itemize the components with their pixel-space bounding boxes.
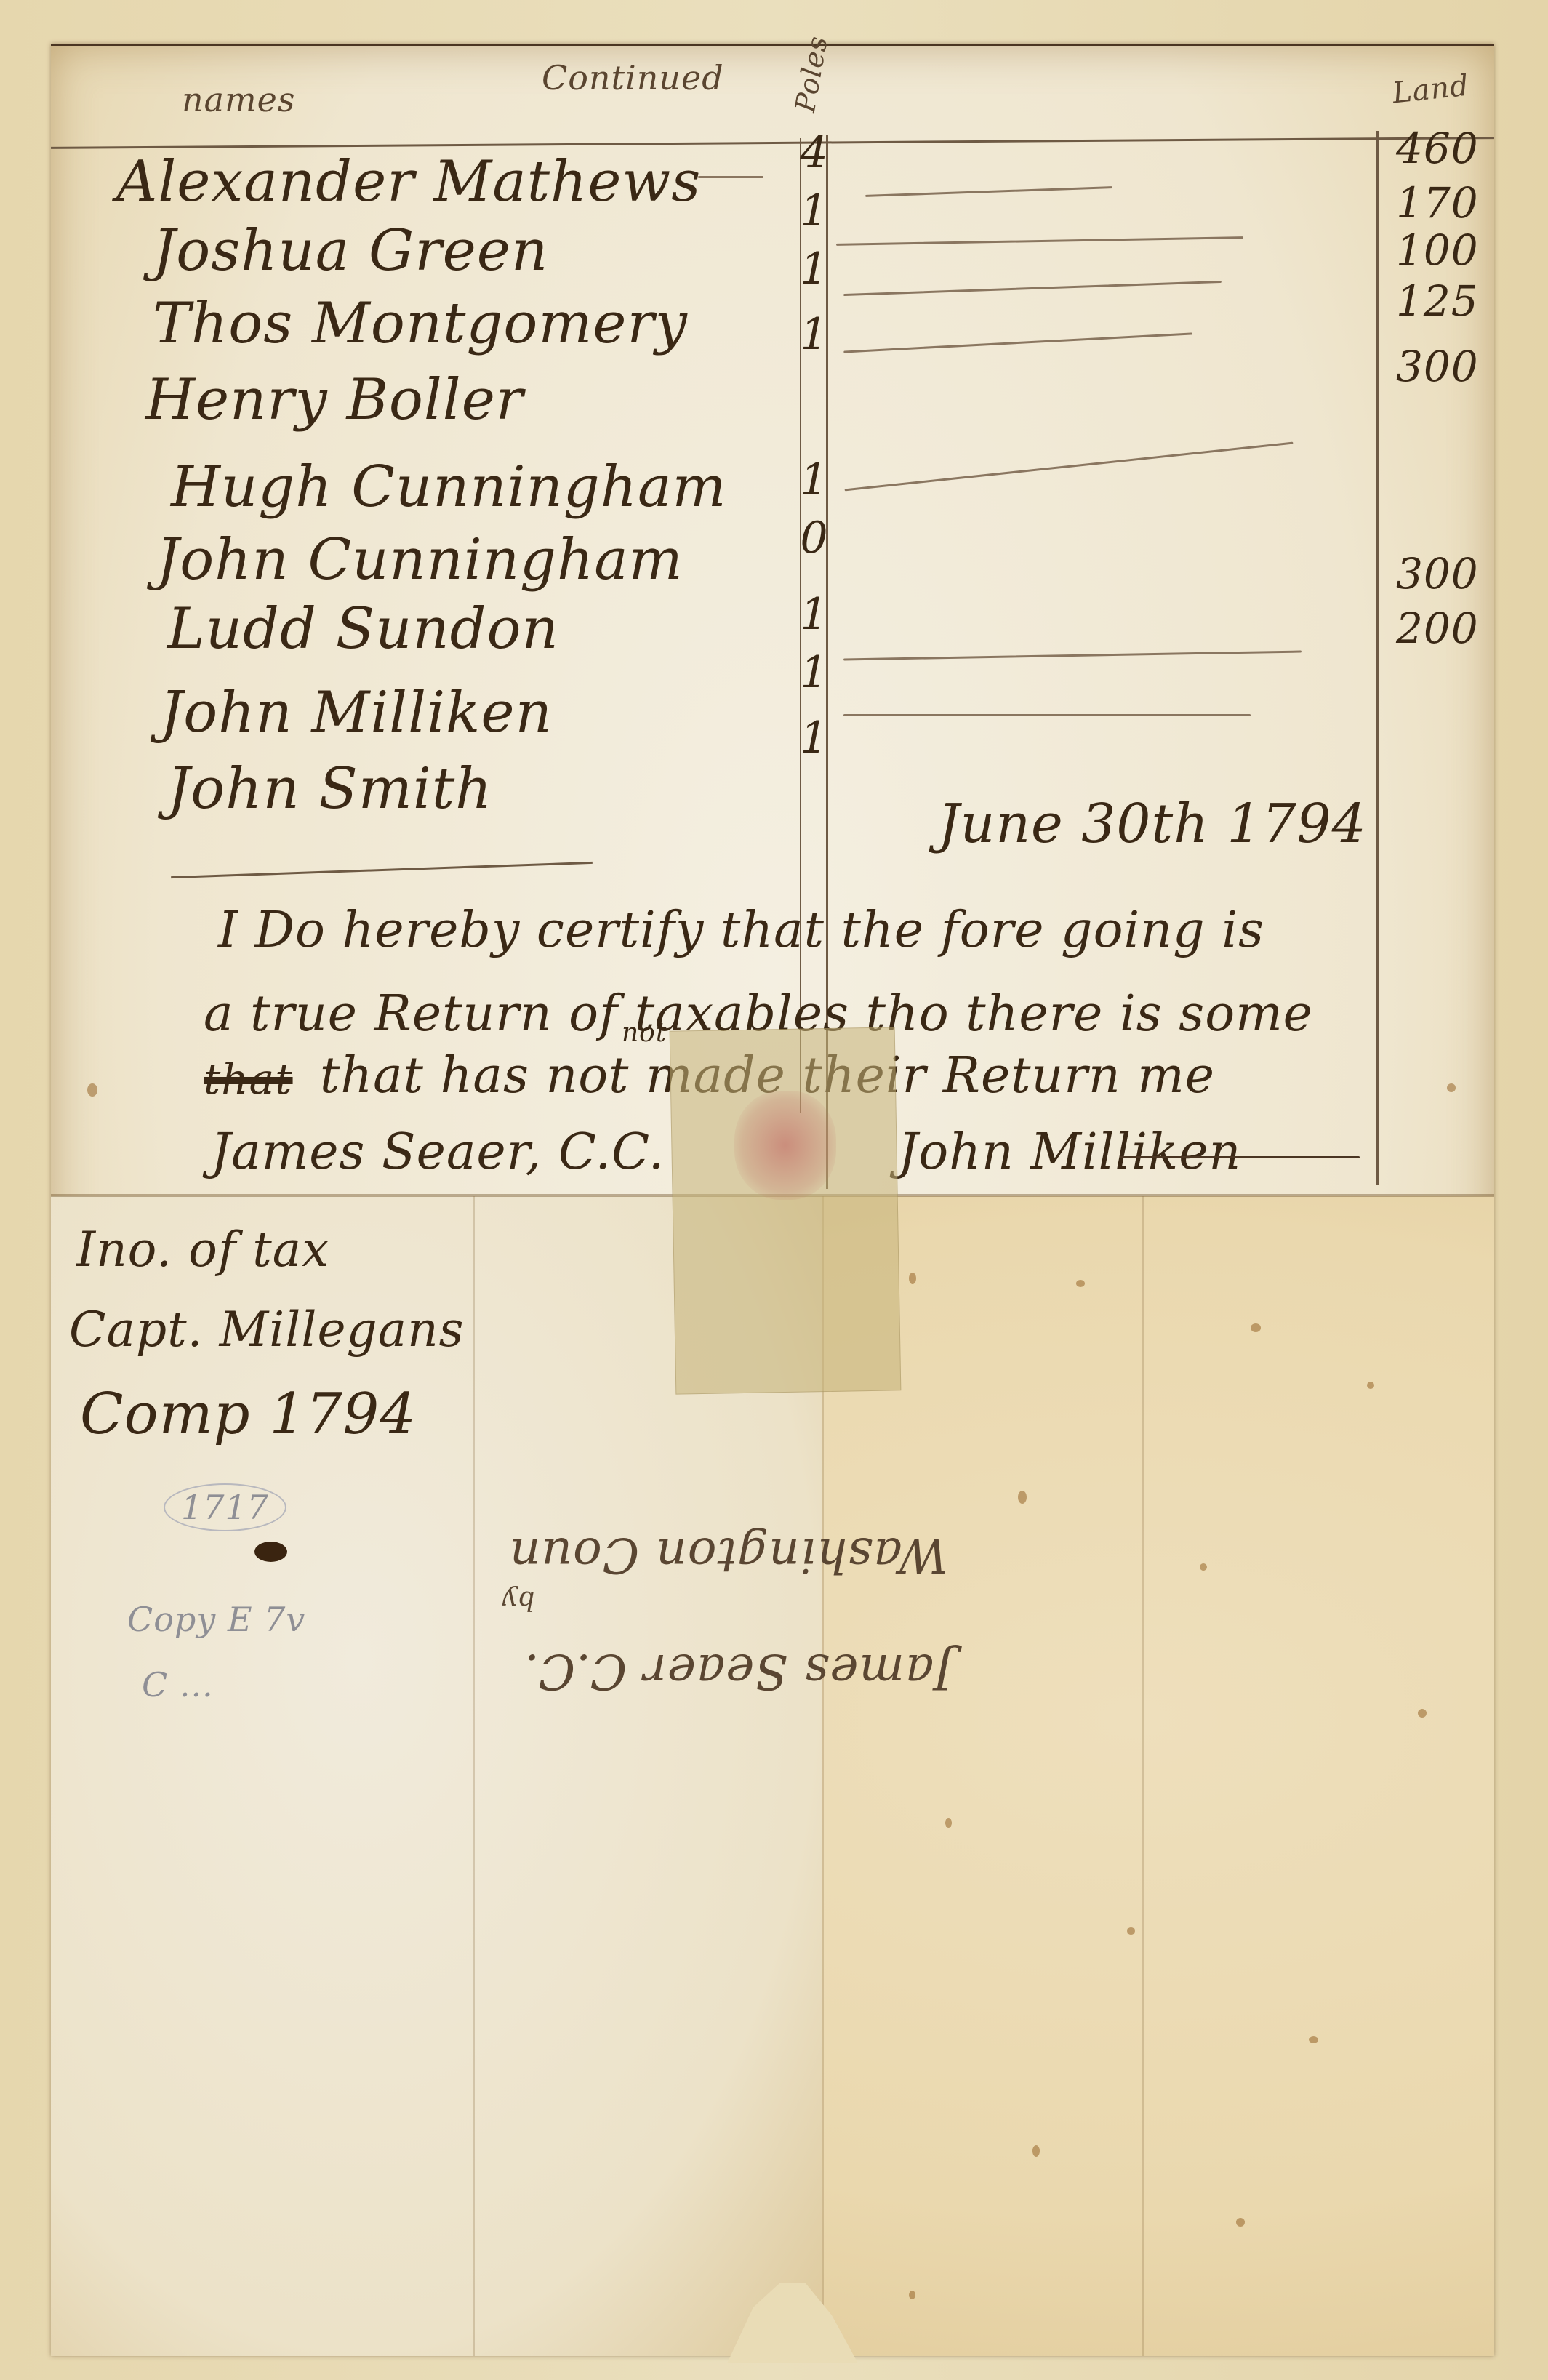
leader-dash (843, 714, 1251, 716)
entry-poles: 1 (785, 713, 843, 764)
entry-land: 200 (1396, 604, 1479, 653)
entry-land: 300 (1396, 549, 1479, 598)
repair-tape (670, 1027, 902, 1394)
signature-flourish (1120, 1156, 1360, 1158)
entry-name: Henry Boller (145, 367, 524, 433)
header-continued: Continued (542, 58, 724, 97)
struck-word: that (204, 1054, 293, 1104)
entry-poles: 1 (785, 185, 843, 236)
foxing (1309, 2036, 1318, 2043)
leader-dash (698, 176, 763, 178)
pencil-circled-number: 1717 (164, 1483, 286, 1531)
docket-line-3: Comp 1794 (80, 1382, 417, 1447)
certification-line-1: I Do hereby certify that the fore going … (218, 902, 1264, 959)
pencil-note-1: Copy E 7v (127, 1600, 305, 1639)
caret-insert: not (622, 1018, 667, 1048)
ink-blot (254, 1542, 287, 1562)
entry-name: Alexander Mathews (116, 149, 701, 215)
foxing (1418, 1709, 1427, 1718)
foxing (1251, 1323, 1261, 1332)
entry-name: John Smith (167, 756, 492, 822)
entry-poles: 0 (785, 513, 843, 564)
foxing (909, 1273, 916, 1284)
address-line-3: by (502, 1585, 534, 1615)
foxing (1236, 2218, 1245, 2227)
signature: John Milliken (898, 1123, 1241, 1181)
entry-name: Hugh Cunningham (171, 454, 726, 520)
address-line-1: Washington Coun (509, 1527, 948, 1583)
entry-land: 300 (1396, 342, 1479, 391)
foxing (909, 2291, 915, 2299)
entry-poles: 1 (785, 589, 843, 640)
entry-name: Ludd Sundon (167, 596, 559, 662)
entry-poles: 1 (785, 244, 843, 295)
entry-land: 100 (1396, 225, 1479, 275)
document-date: June 30th 1794 (938, 793, 1367, 855)
entry-name: Thos Montgomery (153, 291, 688, 356)
header-names: names (182, 80, 296, 119)
red-seal-remnant (734, 1091, 836, 1200)
entry-poles: 4 (785, 127, 843, 178)
entry-name: John Milliken (160, 680, 553, 745)
docket-line-1: Ino. of tax (76, 1222, 329, 1278)
foxing (1200, 1563, 1207, 1571)
foxing (1032, 2145, 1040, 2157)
entry-name: Joshua Green (153, 218, 548, 284)
foxing (1018, 1491, 1027, 1504)
entry-poles: 1 (785, 454, 843, 505)
foxing (1367, 1382, 1374, 1389)
column-rule-land (1376, 131, 1379, 1185)
docket-line-2: Capt. Millegans (69, 1302, 465, 1358)
address-line-2: James Seaer C.C. (524, 1643, 954, 1699)
vertical-fold (473, 1196, 475, 2356)
entry-land: 125 (1396, 276, 1479, 326)
entry-poles: 1 (785, 309, 843, 360)
foxing (1127, 1927, 1135, 1935)
foxing (87, 1083, 97, 1097)
foxing (1447, 1083, 1456, 1092)
entry-land: 170 (1396, 178, 1479, 228)
entry-name: John Cunningham (156, 527, 683, 593)
foxing (945, 1818, 952, 1828)
foxing (1076, 1280, 1085, 1287)
vertical-fold (1142, 1196, 1144, 2356)
clerk-signature: James Seaer, C.C. (211, 1123, 665, 1181)
entry-land: 460 (1396, 124, 1479, 173)
pencil-note-2: C ... (142, 1665, 214, 1704)
entry-poles: 1 (785, 647, 843, 698)
